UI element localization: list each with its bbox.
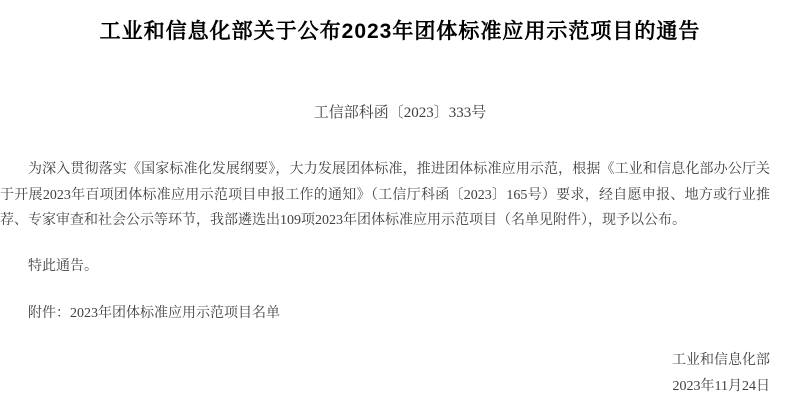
signature-block: 工业和信息化部 2023年11月24日 — [0, 348, 800, 399]
signature-org: 工业和信息化部 — [0, 348, 770, 374]
signature-date: 2023年11月24日 — [0, 374, 770, 399]
notice-page: 工业和信息化部关于公布2023年团体标准应用示范项目的通告 工信部科函〔2023… — [0, 0, 800, 399]
doc-number: 工信部科函〔2023〕333号 — [0, 104, 800, 122]
body-paragraph: 为深入贯彻落实《国家标准化发展纲要》，大力发展团体标准，推进团体标准应用示范，根… — [0, 157, 770, 234]
closing-line: 特此通告。 — [0, 254, 770, 280]
notice-body: 为深入贯彻落实《国家标准化发展纲要》，大力发展团体标准，推进团体标准应用示范，根… — [0, 157, 770, 327]
attachment-line: 附件：2023年团体标准应用示范项目名单 — [0, 301, 770, 327]
notice-title: 工业和信息化部关于公布2023年团体标准应用示范项目的通告 — [0, 0, 800, 45]
